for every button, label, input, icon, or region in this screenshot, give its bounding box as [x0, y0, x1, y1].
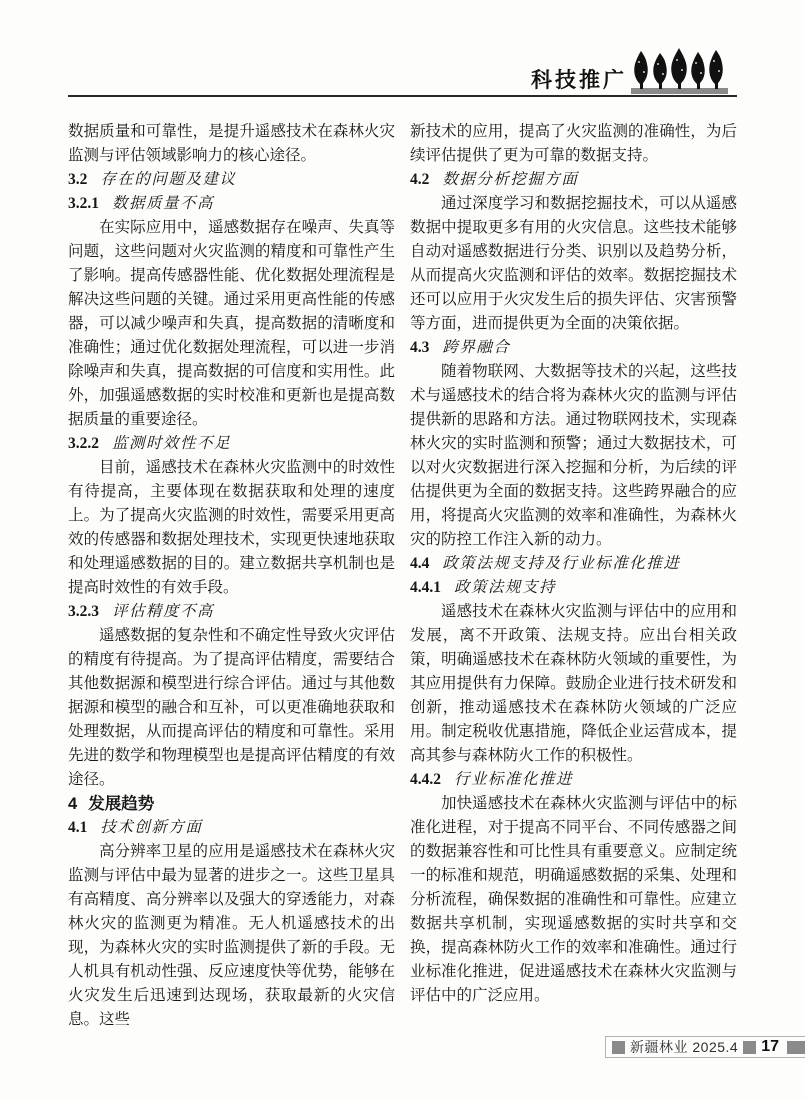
section-heading-3-2-2: 3.2.2监测时效性不足 [68, 432, 395, 456]
heading-number: 3.2 [68, 171, 87, 188]
forest-trees-icon [631, 48, 728, 95]
paragraph: 新技术的应用，提高了火灾监测的准确性，为后续评估提供了更为可靠的数据支持。 [410, 120, 737, 168]
right-column: 新技术的应用，提高了火灾监测的准确性，为后续评估提供了更为可靠的数据支持。 4.… [410, 120, 737, 1032]
footer-square-icon [612, 1041, 625, 1054]
heading-number: 4.1 [68, 819, 87, 836]
heading-title: 跨界融合 [442, 339, 510, 356]
paragraph: 在实际应用中，遥感数据存在噪声、失真等问题，这些问题对火灾监测的精度和可靠性产生… [68, 216, 395, 432]
journal-issue: 新疆林业 2025.4 [630, 1037, 738, 1057]
heading-title: 行业标准化推进 [454, 771, 573, 788]
left-column: 数据质量和可靠性，是提升遥感技术在森林火灾监测与评估领域影响力的核心途径。 3.… [68, 120, 395, 1032]
paragraph: 通过深度学习和数据挖掘技术，可以从遥感数据中提取更多有用的火灾信息。这些技术能够… [410, 192, 737, 336]
section-heading-4-4: 4.4政策法规支持及行业标准化推进 [410, 552, 737, 576]
heading-title: 评估精度不高 [112, 603, 214, 620]
heading-number: 4.2 [410, 171, 429, 188]
heading-number: 4.4.1 [410, 579, 441, 596]
heading-title: 政策法规支持 [454, 579, 556, 596]
page-title: 科技推广 [531, 64, 627, 94]
footer-square-icon [743, 1041, 756, 1054]
section-heading-3-2-3: 3.2.3评估精度不高 [68, 600, 395, 624]
heading-title: 技术创新方面 [100, 819, 202, 836]
section-heading-4-4-1: 4.4.1政策法规支持 [410, 576, 737, 600]
paragraph: 遥感技术在森林火灾监测与评估中的应用和发展，离不开政策、法规支持。应出台相关政策… [410, 600, 737, 768]
heading-title: 监测时效性不足 [112, 435, 231, 452]
section-heading-3-2: 3.2存在的问题及建议 [68, 168, 395, 192]
section-heading-4-1: 4.1技术创新方面 [68, 816, 395, 840]
paragraph: 遥感数据的复杂性和不确定性导致火灾评估的精度有待提高。为了提高评估精度，需要结合… [68, 624, 395, 792]
journal-page: 科技推广 数据质量和可靠性，是提升遥感技术在森林火灾监测与评估领域影响 [0, 0, 805, 1099]
paragraph: 数据质量和可靠性，是提升遥感技术在森林火灾监测与评估领域影响力的核心途径。 [68, 120, 395, 168]
heading-number: 4.4 [410, 555, 429, 572]
heading-title: 存在的问题及建议 [100, 171, 236, 188]
heading-number: 3.2.1 [68, 195, 99, 212]
paragraph: 加快遥感技术在森林火灾监测与评估中的标准化进程，对于提高不同平台、不同传感器之间… [410, 792, 737, 1008]
heading-number: 3.2.2 [68, 435, 99, 452]
paragraph: 高分辨率卫星的应用是遥感技术在森林火灾监测与评估中最为显著的进步之一。这些卫星具… [68, 840, 395, 1032]
section-heading-4-4-2: 4.4.2行业标准化推进 [410, 768, 737, 792]
heading-title: 政策法规支持及行业标准化推进 [442, 555, 680, 572]
footer-journal-bar: 新疆林业 2025.4 17 [605, 1036, 805, 1058]
section-heading-4-3: 4.3跨界融合 [410, 336, 737, 360]
paragraph: 随着物联网、大数据等技术的兴起，这些技术与遥感技术的结合将为森林火灾的监测与评估… [410, 360, 737, 552]
heading-number: 3.2.3 [68, 603, 99, 620]
article-body: 数据质量和可靠性，是提升遥感技术在森林火灾监测与评估领域影响力的核心途径。 3.… [68, 120, 737, 1032]
section-heading-3-2-1: 3.2.1数据质量不高 [68, 192, 395, 216]
page-number: 17 [761, 1038, 779, 1056]
heading-number: 4.4.2 [410, 771, 441, 788]
heading-title: 数据质量不高 [112, 195, 214, 212]
footer-bar [787, 1041, 805, 1054]
heading-title: 数据分析挖掘方面 [442, 171, 578, 188]
section-heading-4: 4发展趋势 [68, 792, 395, 816]
paragraph: 目前，遥感技术在森林火灾监测中的时效性有待提高，主要体现在数据获取和处理的速度上… [68, 456, 395, 600]
heading-number: 4 [68, 795, 77, 813]
heading-number: 4.3 [410, 339, 429, 356]
section-heading-4-2: 4.2数据分析挖掘方面 [410, 168, 737, 192]
header-divider [68, 95, 737, 97]
heading-title: 发展趋势 [88, 795, 154, 813]
